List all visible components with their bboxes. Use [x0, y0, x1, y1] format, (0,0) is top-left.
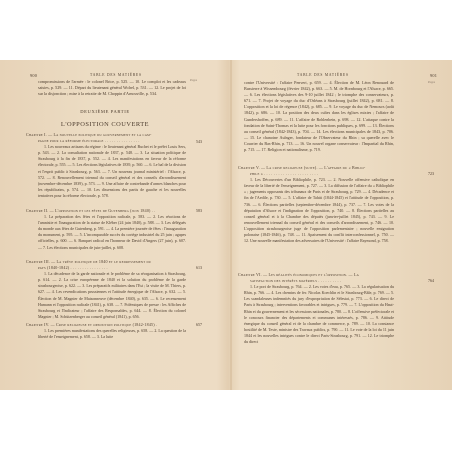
chapter-page-number: 657	[196, 322, 202, 327]
chapter-heading: Chapitre III. — La trêve politique de 18…	[26, 259, 186, 271]
running-head: TABLE DES MATIÈRES	[90, 73, 142, 77]
chapter-entry: Chapitre IV. — Crise religieuse et oppos…	[26, 322, 186, 340]
chapter-heading: Chapitre I. — La nouvelle politique du g…	[26, 132, 186, 144]
chapter-summary: 1. Les Découvertes d'un Bibliophile, p. …	[238, 177, 394, 244]
page-number: 900	[30, 73, 37, 78]
chapter-page-number: 583	[196, 208, 202, 213]
chapter-heading: Chapitre VI. — Les réalités économiques …	[238, 272, 394, 284]
right-page: TABLE DES MATIÈRES 901 Pages contre l'Un…	[232, 60, 452, 390]
page-number: 901	[430, 73, 437, 78]
chapter-entry: Chapitre II. — L'opposition et les fêtes…	[26, 208, 186, 251]
chapter-page-number: 764	[428, 278, 434, 283]
continuation-text: compromissions de l'armée : le colonel B…	[38, 79, 186, 97]
chapter-page-number: 543	[196, 139, 202, 144]
chapter-summary: 1. Les premières manifestations des quer…	[26, 328, 186, 340]
chapter-page-number: 723	[428, 171, 434, 176]
chapter-page-number: 613	[196, 265, 202, 270]
left-page: 900 TABLE DES MATIÈRES Pages compromissi…	[0, 60, 230, 390]
pages-label: Pages	[428, 80, 435, 84]
book-spread: 900 TABLE DES MATIÈRES Pages compromissi…	[0, 60, 452, 390]
chapter-entry: Chapitre VI. — Les réalités économiques …	[238, 272, 394, 345]
chapter-summary: 1. La préparation des fêtes et l'opposit…	[26, 214, 186, 251]
chapter-entry: Chapitre V. — La crise religieuse (suite…	[238, 165, 394, 244]
chapter-entry: Chapitre III. — La trêve politique de 18…	[26, 259, 186, 320]
chapter-heading: Chapitre V. — La crise religieuse (suite…	[238, 165, 394, 177]
continuation-text: contre l'Université : l'affaire Penvert,…	[244, 80, 394, 153]
chapter-summary: 1. La décadence de la garde nationale et…	[26, 271, 186, 320]
part-title: L'OPPOSITION COUVERTE	[0, 121, 220, 128]
running-head: TABLE DES MATIÈRES	[297, 73, 349, 77]
chapter-summary: 1. Le port de Strasbourg, p. 764. — 2. L…	[238, 284, 394, 345]
pages-label: Pages	[190, 78, 197, 82]
part-number: DEUXIÈME PARTIE	[0, 109, 220, 114]
chapter-summary: 1. Les nouveaux artisans du régime : le …	[26, 144, 186, 199]
chapter-entry: Chapitre I. — La nouvelle politique du g…	[26, 132, 186, 199]
